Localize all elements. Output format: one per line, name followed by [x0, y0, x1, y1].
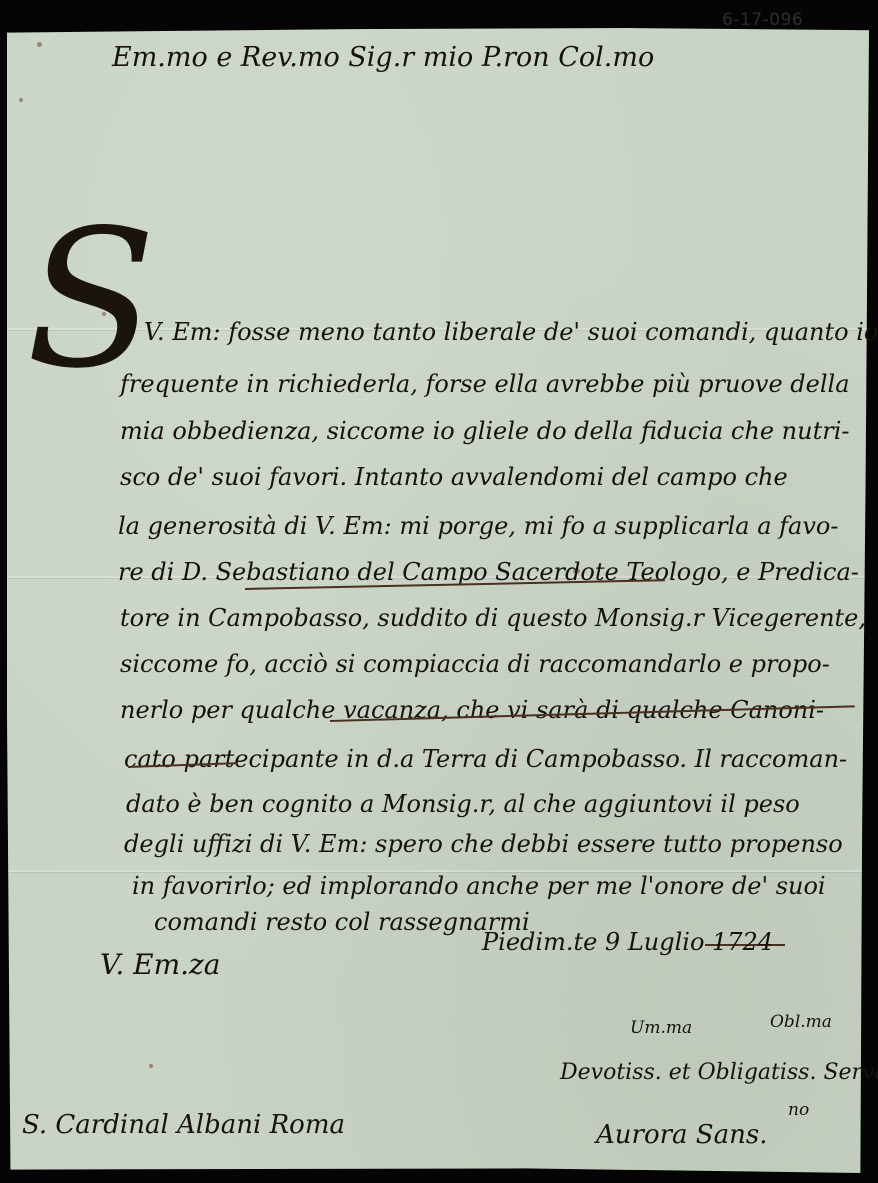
body-line: degli uffizi di V. Em: spero che debbi e… — [124, 830, 843, 858]
date-line: Piedim.te 9 Luglio 1724 — [482, 928, 773, 956]
initial-letter: S — [26, 205, 156, 395]
body-line: dato è ben cognito a Monsig.r, al che ag… — [126, 790, 800, 818]
body-line: re di D. Sebastiano del Campo Sacerdote … — [118, 558, 859, 586]
salutation: Em.mo e Rev.mo Sig.r mio P.ron Col.mo — [112, 42, 654, 73]
signature-superscript: Obl.ma — [770, 1012, 832, 1032]
body-line: e V. Em: fosse meno tanto liberale de' s… — [122, 318, 878, 346]
body-line: siccome fo, acciò si compiaccia di racco… — [120, 650, 830, 678]
body-line: frequente in richiederla, forse ella avr… — [120, 370, 850, 398]
archive-number: 6-17-096 — [722, 10, 803, 30]
body-line: in favorirlo; ed implorando anche per me… — [132, 872, 826, 900]
ink-spot — [19, 98, 23, 102]
body-line: la generosità di V. Em: mi porge, mi fo … — [118, 512, 838, 540]
body-line: comandi resto col rassegnarmi — [154, 908, 530, 936]
signature-name: Aurora Sans. — [596, 1120, 767, 1150]
closing-left: V. Em.za — [100, 948, 220, 981]
body-line: sco de' suoi favori. Intanto avvalendomi… — [120, 463, 788, 491]
signature-superscript: Um.ma — [630, 1018, 692, 1038]
ink-spot — [149, 1064, 153, 1068]
signature-superscript: no — [788, 1100, 809, 1120]
body-line: mia obbedienza, siccome io gliele do del… — [120, 417, 849, 445]
ink-spot — [37, 42, 42, 47]
body-line: cato partecipante in d.a Terra di Campob… — [124, 745, 847, 773]
addressee: S. Cardinal Albani Roma — [22, 1110, 345, 1140]
body-line: tore in Campobasso, suddito di questo Mo… — [120, 604, 866, 632]
signature-line-1: Devotiss. et Obligatiss. Serva — [560, 1060, 878, 1085]
